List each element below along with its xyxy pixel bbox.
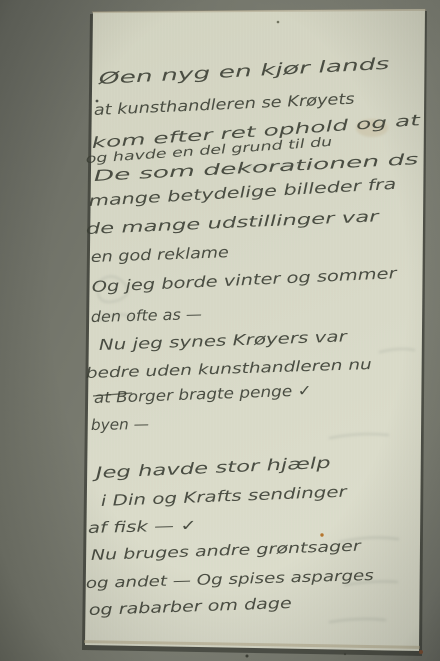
handwriting-line-15: Jeg havde stor hjælp — [91, 454, 331, 482]
handwriting-line-11: Nu jeg synes Krøyers var — [99, 327, 349, 354]
background-speck — [344, 653, 346, 655]
handwriting-line-18: Nu bruges andre grøntsager — [91, 539, 363, 564]
paper-speck — [320, 533, 323, 536]
ink-bleedthrough-mark — [380, 349, 414, 352]
handwriting-line-16: i Din og Krafts sendinger — [100, 483, 348, 510]
handwriting-lines: Øen nyg en kjør lands at kunsthandleren … — [85, 54, 422, 619]
photo-background: Øen nyg en kjør lands at kunsthandleren … — [0, 0, 440, 661]
ink-bleedthrough-mark — [330, 434, 388, 438]
handwriting-line-14: byen — — [91, 415, 149, 434]
handwriting-line-10: den ofte as — — [91, 305, 202, 326]
handwriting-layer: Øen nyg en kjør lands at kunsthandleren … — [0, 0, 440, 661]
handwriting-line-08: en god reklame — [91, 243, 230, 266]
handwriting-line-12: bedre uden kunsthandleren nu — [86, 357, 372, 382]
handwriting-line-09: Og jeg borde vinter og sommer — [91, 264, 398, 296]
handwriting-line-20: og rabarber om dage — [89, 594, 293, 619]
handwriting-line-02: at kunsthandleren se Krøyets — [93, 90, 355, 119]
handwriting-line-07: de mange udstillinger var — [85, 207, 380, 238]
background-speck — [419, 650, 423, 654]
background-speck — [246, 655, 249, 658]
handwriting-line-01: Øen nyg en kjør lands — [97, 54, 390, 88]
paper-speck — [277, 21, 280, 24]
handwriting-line-13: at Borger bragte penge ✓ — [94, 381, 312, 407]
ink-bleedthrough-mark — [330, 619, 385, 622]
handwriting-line-17: af fisk — ✓ — [88, 516, 197, 537]
handwriting-line-19: og andet — Og spises asparges — [86, 568, 375, 592]
